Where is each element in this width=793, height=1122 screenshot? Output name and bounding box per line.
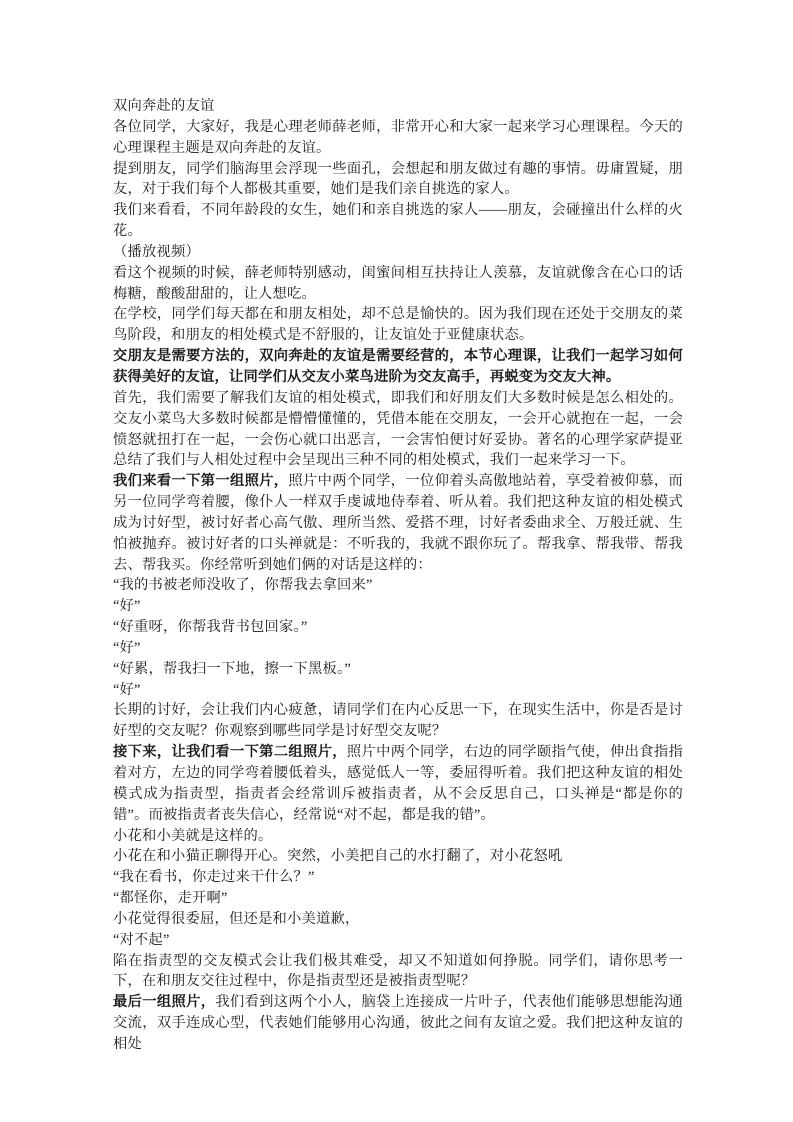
bold-text-run: 最后一组照片，	[113, 994, 215, 1010]
text-run: “对不起”	[113, 932, 170, 948]
paragraph: 接下来，让我们看一下第二组照片，照片中两个同学，右边的同学颐指气使，伸出食指指着…	[113, 742, 683, 825]
document-page: 双向奔赴的友谊各位同学，大家好，我是心理老师薛老师，非常开心和大家一起来学习心理…	[0, 0, 793, 1122]
text-run: “我的书被老师没收了，你帮我去拿回来”	[113, 577, 373, 593]
paragraph: 小花在和小猫正聊得开心。突然，小美把自己的水打翻了，对小花怒吼	[113, 846, 683, 867]
paragraph: 交朋友是需要方法的，双向奔赴的友谊是需要经营的，本节心理课，让我们一起学习如何获…	[113, 346, 683, 388]
paragraph: 提到朋友，同学们脑海里会浮现一些面孔，会想起和朋友做过有趣的事情。毋庸置疑，朋友…	[113, 159, 683, 201]
paragraph: 各位同学，大家好，我是心理老师薛老师，非常开心和大家一起来学习心理课程。今天的心…	[113, 117, 683, 159]
text-run: “好重呀，你帮我背书包回家。”	[113, 619, 307, 635]
paragraph: “好”	[113, 680, 683, 701]
paragraph: “好”	[113, 638, 683, 659]
bold-text-run: 我们来看一下第一组照片，	[113, 473, 288, 489]
paragraph: “好重呀，你帮我背书包回家。”	[113, 617, 683, 638]
text-run: 长期的讨好，会让我们内心疲惫，请同学们在内心反思一下，在现实生活中，你是否是讨好…	[113, 702, 683, 739]
text-run: 陷在指责型的交友模式会让我们极其难受，却又不知道如何挣脱。同学们，请你思考一下，…	[113, 953, 683, 990]
text-run: “好”	[113, 640, 141, 656]
paragraph: “好累，帮我扫一下地，擦一下黑板。”	[113, 659, 683, 680]
text-run: 双向奔赴的友谊	[113, 98, 214, 114]
paragraph: “好”	[113, 596, 683, 617]
paragraph: 双向奔赴的友谊	[113, 96, 683, 117]
paragraph: 首先，我们需要了解我们友谊的相处模式，即我们和好朋友们大多数时候是怎么相处的。交…	[113, 388, 683, 471]
bold-text-run: 交朋友是需要方法的，双向奔赴的友谊是需要经营的，本节心理课，让我们一起学习如何获…	[113, 348, 683, 385]
paragraph: “对不起”	[113, 930, 683, 951]
paragraph: 我们来看一下第一组照片，照片中两个同学，一位仰着头高傲地站着，享受着被仰慕，而另…	[113, 471, 683, 575]
text-run: 首先，我们需要了解我们友谊的相处模式，即我们和好朋友们大多数时候是怎么相处的。交…	[113, 390, 683, 469]
text-run: “好累，帮我扫一下地，擦一下黑板。”	[113, 661, 351, 677]
paragraph: 陷在指责型的交友模式会让我们极其难受，却又不知道如何挣脱。同学们，请你思考一下，…	[113, 951, 683, 993]
bold-text-run: 接下来，让我们看一下第二组照片，	[113, 744, 347, 760]
text-run: “我在看书，你走过来干什么？”	[113, 869, 315, 885]
paragraph: “我在看书，你走过来干什么？”	[113, 867, 683, 888]
text-run: “好”	[113, 598, 141, 614]
text-run: 小花和小美就是这样的。	[113, 828, 272, 844]
text-run: 我们来看看，不同年龄段的女生，她们和亲自挑选的家人——朋友，会碰撞出什么样的火花…	[113, 202, 683, 239]
paragraph: 最后一组照片，我们看到这两个小人，脑袋上连接成一片叶子，代表他们能够思想能沟通交…	[113, 992, 683, 1055]
paragraph: 我们来看看，不同年龄段的女生，她们和亲自挑选的家人——朋友，会碰撞出什么样的火花…	[113, 200, 683, 242]
text-run: 各位同学，大家好，我是心理老师薛老师，非常开心和大家一起来学习心理课程。今天的心…	[113, 119, 683, 156]
paragraph: 长期的讨好，会让我们内心疲惫，请同学们在内心反思一下，在现实生活中，你是否是讨好…	[113, 700, 683, 742]
paragraph: 小花和小美就是这样的。	[113, 826, 683, 847]
text-run: 小花在和小猫正聊得开心。突然，小美把自己的水打翻了，对小花怒吼	[113, 848, 562, 864]
text-run: （播放视频）	[113, 244, 200, 260]
paragraph: “都怪你，走开啊”	[113, 888, 683, 909]
text-run: 在学校，同学们每天都在和朋友相处，却不总是愉快的。因为我们现在还处于交朋友的菜鸟…	[113, 306, 683, 343]
text-run: “好”	[113, 682, 141, 698]
text-run: 提到朋友，同学们脑海里会浮现一些面孔，会想起和朋友做过有趣的事情。毋庸置疑，朋友…	[113, 161, 683, 198]
document-body: 双向奔赴的友谊各位同学，大家好，我是心理老师薛老师，非常开心和大家一起来学习心理…	[113, 96, 683, 1055]
paragraph: （播放视频）	[113, 242, 683, 263]
text-run: 看这个视频的时候，薛老师特别感动，闺蜜间相互扶持让人羡慕，友谊就像含在心口的话梅…	[113, 265, 683, 302]
paragraph: 在学校，同学们每天都在和朋友相处，却不总是愉快的。因为我们现在还处于交朋友的菜鸟…	[113, 304, 683, 346]
text-run: 小花觉得很委屈，但还是和小美道歉，	[113, 911, 359, 927]
text-run: “都怪你，走开啊”	[113, 890, 228, 906]
paragraph: 看这个视频的时候，薛老师特别感动，闺蜜间相互扶持让人羡慕，友谊就像含在心口的话梅…	[113, 263, 683, 305]
paragraph: “我的书被老师没收了，你帮我去拿回来”	[113, 575, 683, 596]
paragraph: 小花觉得很委屈，但还是和小美道歉，	[113, 909, 683, 930]
